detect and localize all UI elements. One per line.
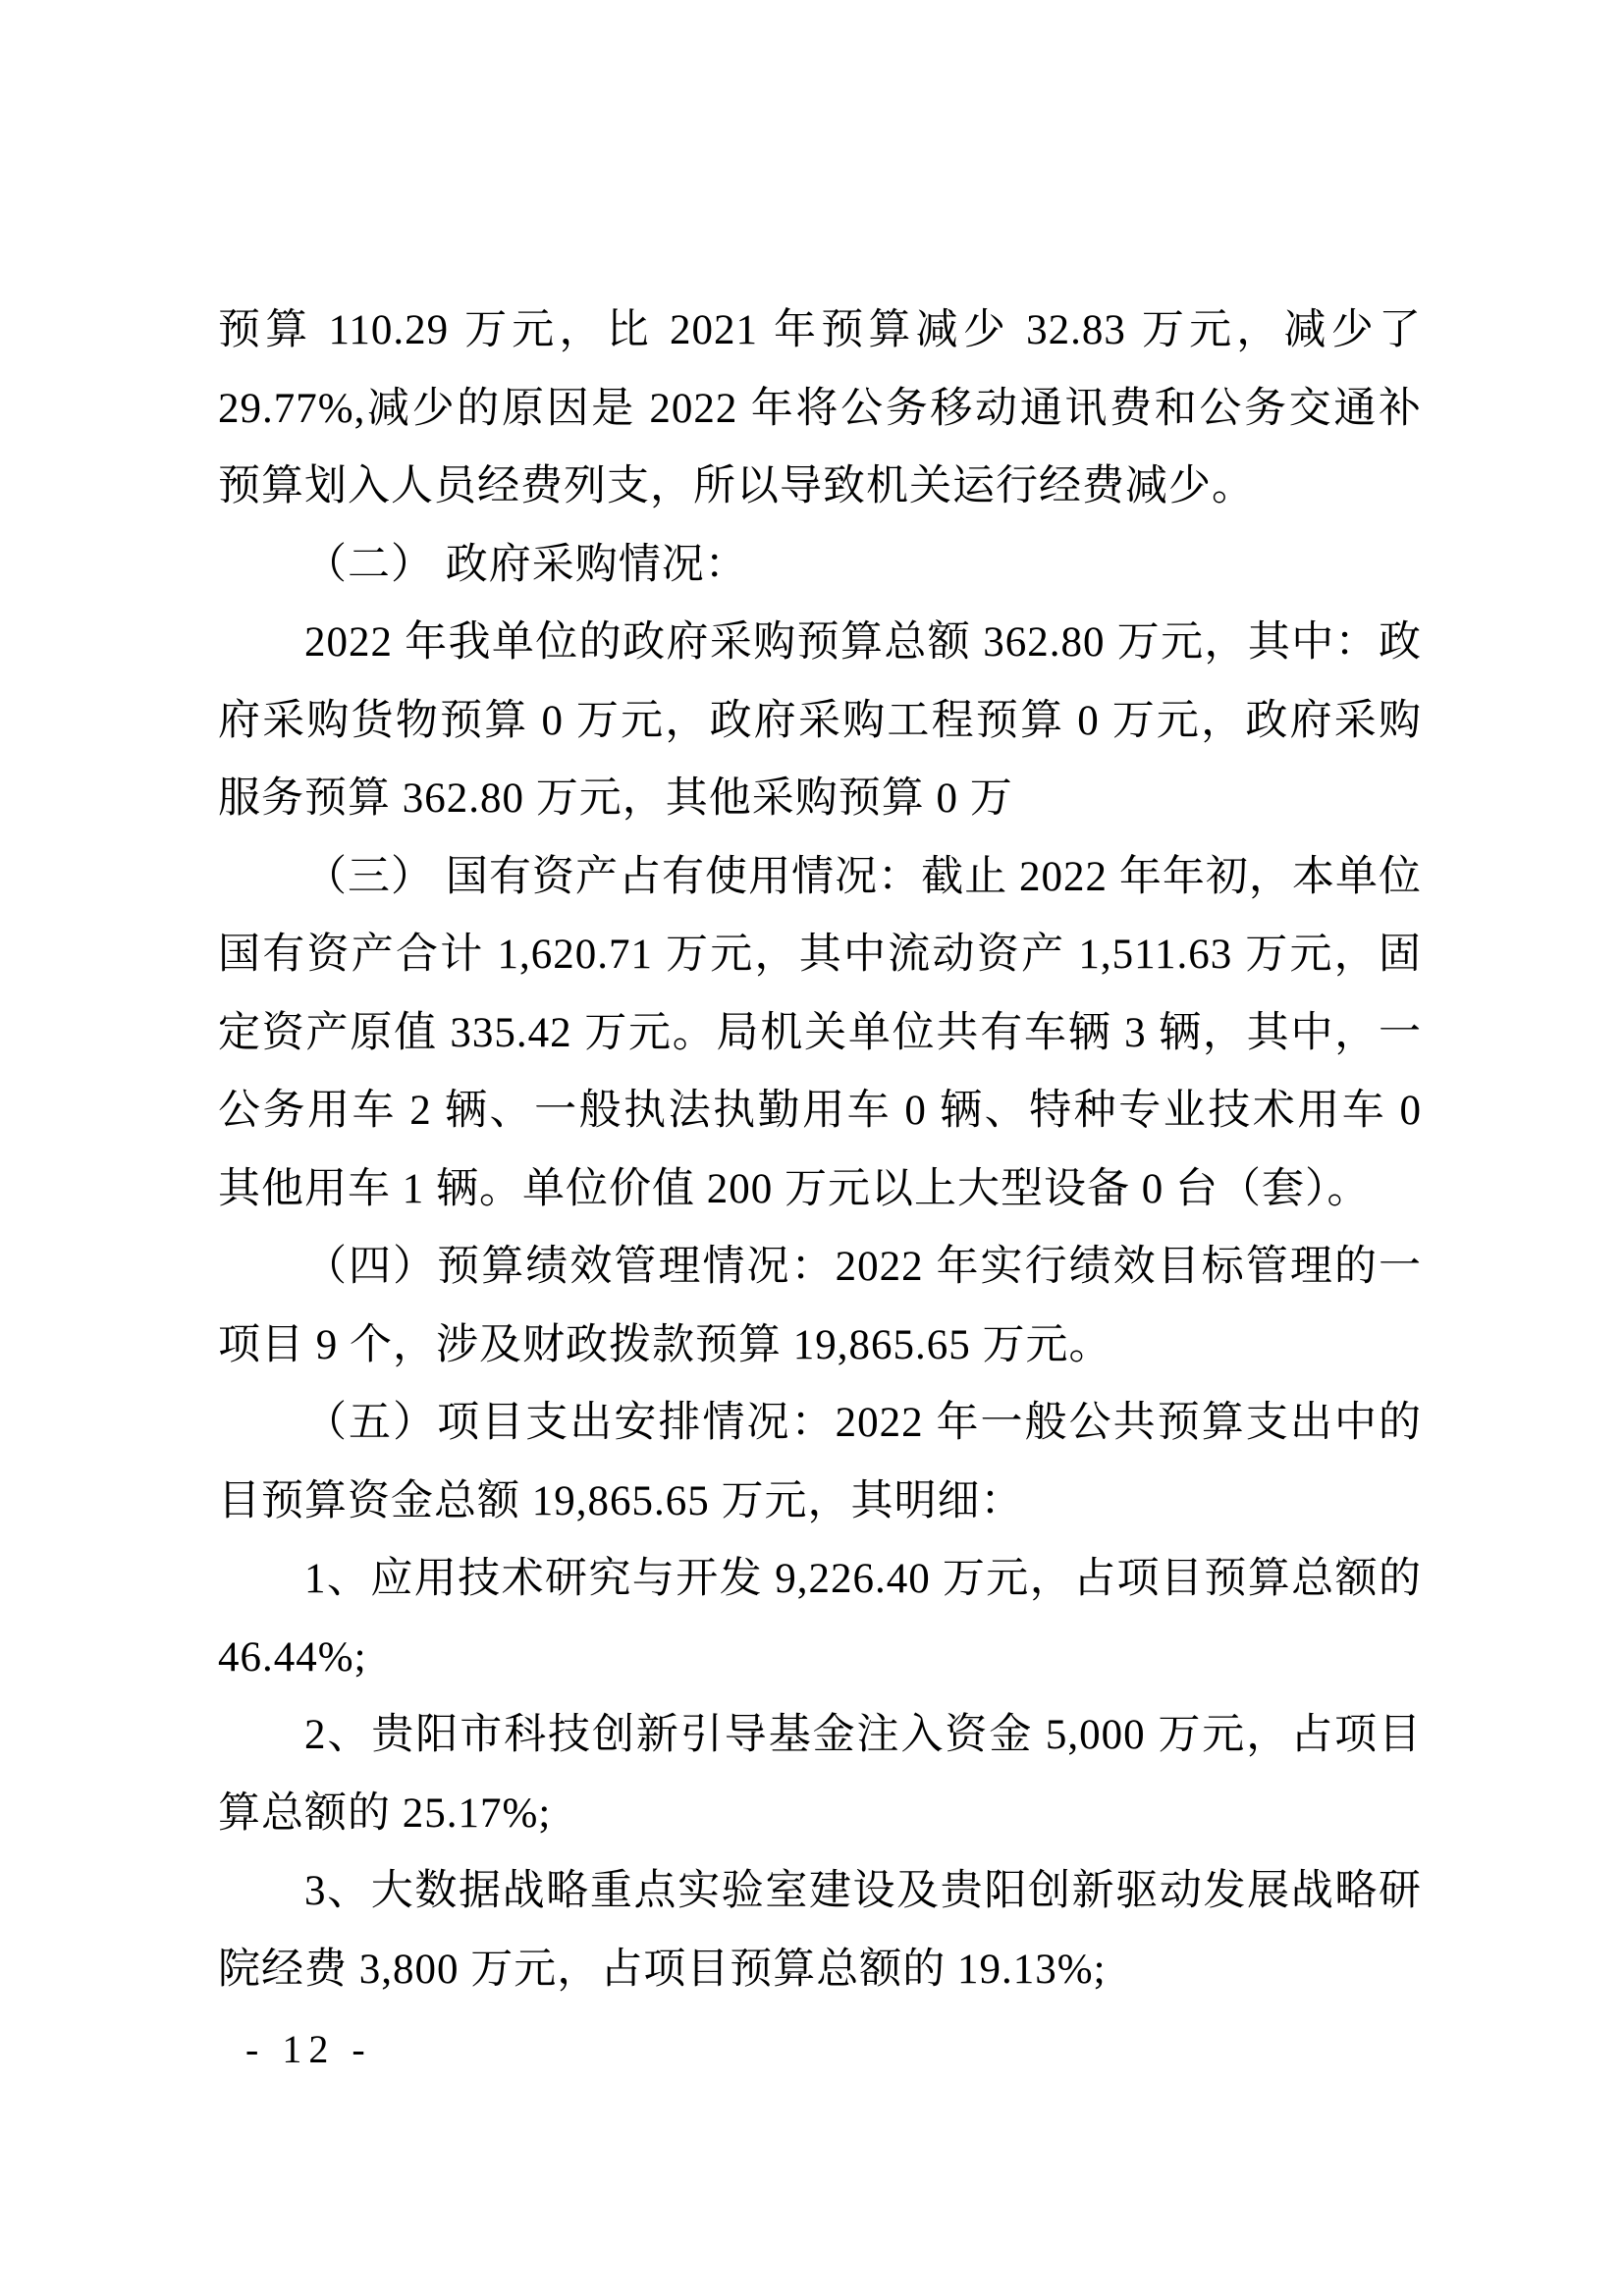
para-item-3-big-data-laboratory: 3、大数据战略重点实验室建设及贵阳创新驱动发展战略研究 院经费 3,800 万元… <box>218 1852 1422 2008</box>
text-line: 2、贵阳市科技创新引导基金注入资金 5,000 万元，占项目预 <box>218 1696 1422 1775</box>
text-line: 预算划入人员经费列支，所以导致机关运行经费减少。 <box>218 448 1422 526</box>
text-line: 项目 9 个，涉及财政拨款预算 19,865.65 万元。 <box>218 1307 1422 1385</box>
para-project-expenditure-arrangement: （五）项目支出安排情况：2022 年一般公共预算支出中的项 目预算资金总额 19… <box>218 1384 1422 1540</box>
text-line: 其他用车 1 辆。单位价值 200 万元以上大型设备 0 台（套）。 <box>218 1150 1422 1229</box>
text-line: 2022 年我单位的政府采购预算总额 362.80 万元，其中：政 <box>218 604 1422 682</box>
section-heading-line: （三） 国有资产占有使用情况：截止 2022 年年初，本单位 <box>218 838 1422 917</box>
text-line: 29.77%,减少的原因是 2022 年将公务移动通讯费和公务交通补贴 <box>218 370 1422 449</box>
heading-section-two-government-procurement: （二） 政府采购情况： <box>218 526 1422 605</box>
text-line: 算总额的 25.17%; <box>218 1775 1422 1853</box>
para-government-procurement: 2022 年我单位的政府采购预算总额 362.80 万元，其中：政 府采购货物预… <box>218 604 1422 838</box>
para-item-1-applied-technology-research: 1、应用技术研究与开发 9,226.40 万元，占项目预算总额的 46.44%; <box>218 1540 1422 1696</box>
para-budget-performance-management: （四）预算绩效管理情况：2022 年实行绩效目标管理的一级 项目 9 个，涉及财… <box>218 1228 1422 1384</box>
document-body: 预算 110.29 万元，比 2021 年预算减少 32.83 万元，减少了 2… <box>218 292 1422 2008</box>
text-line: 目预算资金总额 19,865.65 万元，其明细： <box>218 1463 1422 1541</box>
text-line: 国有资产合计 1,620.71 万元，其中流动资产 1,511.63 万元，固 <box>218 916 1422 994</box>
text-line: 院经费 3,800 万元，占项目预算总额的 19.13%; <box>218 1931 1422 2009</box>
text-line: 定资产原值 335.42 万元。局机关单位共有车辆 3 辆，其中，一般 <box>218 994 1422 1073</box>
page-number: - 12 - <box>245 2026 372 2073</box>
section-heading-line: （二） 政府采购情况： <box>218 526 1422 605</box>
text-line: 预算 110.29 万元，比 2021 年预算减少 32.83 万元，减少了 <box>218 292 1422 370</box>
document-page: 预算 110.29 万元，比 2021 年预算减少 32.83 万元，减少了 2… <box>0 0 1624 2296</box>
para-item-2-innovation-guidance-fund: 2、贵阳市科技创新引导基金注入资金 5,000 万元，占项目预 算总额的 25.… <box>218 1696 1422 1852</box>
para-state-owned-assets: （三） 国有资产占有使用情况：截止 2022 年年初，本单位 国有资产合计 1,… <box>218 838 1422 1229</box>
text-line: 服务预算 362.80 万元，其他采购预算 0 万 <box>218 760 1422 838</box>
text-line: 46.44%; <box>218 1619 1422 1697</box>
text-line: 1、应用技术研究与开发 9,226.40 万元，占项目预算总额的 <box>218 1540 1422 1619</box>
text-line: 公务用车 2 辆、一般执法执勤用车 0 辆、特种专业技术用车 0 辆、 <box>218 1072 1422 1150</box>
section-heading-line: （四）预算绩效管理情况：2022 年实行绩效目标管理的一级 <box>218 1228 1422 1307</box>
section-heading-line: （五）项目支出安排情况：2022 年一般公共预算支出中的项 <box>218 1384 1422 1463</box>
text-line: 府采购货物预算 0 万元，政府采购工程预算 0 万元，政府采购 <box>218 682 1422 761</box>
text-line: 3、大数据战略重点实验室建设及贵阳创新驱动发展战略研究 <box>218 1852 1422 1931</box>
para-operating-expenses-continued: 预算 110.29 万元，比 2021 年预算减少 32.83 万元，减少了 2… <box>218 292 1422 526</box>
